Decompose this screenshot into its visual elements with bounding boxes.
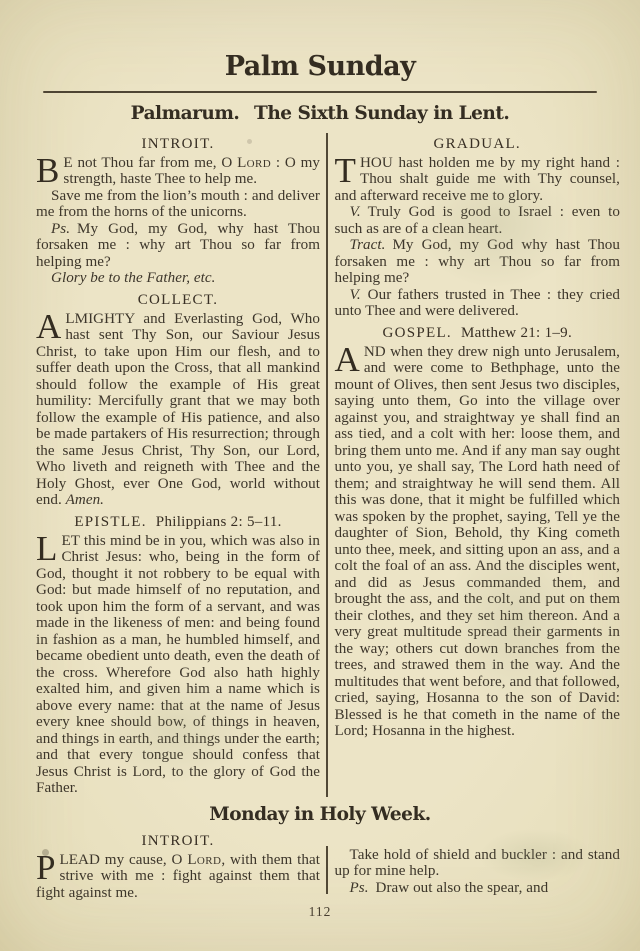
text-segment: ND when they drew nigh unto Jerusalem, a… (335, 344, 621, 740)
footer-left-column: INTROIT.PLEAD my cause, O Lord, with the… (36, 828, 320, 902)
drop-cap: B (36, 155, 63, 184)
scripture-reference: Philippians 2: 5–11. (156, 514, 282, 530)
paragraph: V.Our fathers trusted in Thee : they cri… (335, 287, 621, 320)
section-heading-label: INTROIT. (141, 833, 214, 849)
section-heading-label: GRADUAL. (434, 136, 521, 152)
paragraph: Tract.My God, my God why hast Thou forsa… (335, 237, 621, 287)
text-segment: Ps. (51, 221, 70, 237)
paragraph: V.Truly God is good to Israel : even to … (335, 204, 621, 237)
text-segment: Our fathers trusted in Thee : they cried… (335, 287, 621, 320)
page-title: Palm Sunday (0, 0, 640, 82)
footer-columns: INTROIT.PLEAD my cause, O Lord, with the… (36, 828, 620, 902)
section-heading: INTROIT. (36, 833, 320, 850)
section-heading: GRADUAL. (335, 136, 621, 153)
drop-cap: P (36, 852, 60, 881)
text-segment: ET this mind be in you, which was also i… (36, 533, 320, 797)
paragraph: Glory be to the Father, etc. (36, 270, 320, 287)
page-number: 112 (0, 904, 640, 920)
section-heading-label: GOSPEL. (382, 325, 452, 341)
paragraph: Save me from the lion’s mouth : and deli… (36, 188, 320, 221)
text-segment: V. (350, 287, 361, 303)
text-segment: LEAD my cause, O (60, 852, 188, 868)
section-heading: INTROIT. (36, 136, 320, 153)
book-page: Palm Sunday Palmarum. The Sixth Sunday i… (0, 0, 640, 951)
text-segment: Ps. (350, 880, 369, 896)
text-segment: My God, my God, why hast Thou forsaken m… (36, 221, 320, 270)
section-heading-label: COLLECT. (138, 292, 219, 308)
paragraph: BE not Thou far from me, O Lord : O my s… (36, 155, 320, 188)
section-heading: EPISTLE.Philippians 2: 5–11. (36, 514, 320, 531)
text-segment: LMIGHTY and Everlasting God, Who hast se… (36, 311, 320, 509)
paragraph: Ps.Draw out also the spear, and (335, 880, 621, 897)
paragraph: LET this mind be in you, which was also … (36, 533, 320, 797)
text-segment: Save me from the lion’s mouth : and deli… (36, 188, 320, 221)
paragraph: Take hold of shield and buckler : and st… (335, 847, 621, 880)
drop-cap: A (36, 311, 65, 340)
scripture-reference: Matthew 21: 1–9. (461, 325, 572, 341)
drop-cap: T (335, 155, 360, 184)
paragraph: Ps.My God, my God, why hast Thou forsake… (36, 221, 320, 271)
footer-column-divider (326, 846, 328, 894)
day-subtitle: Palmarum. The Sixth Sunday in Lent. (0, 103, 640, 125)
drop-cap: L (36, 533, 61, 562)
left-column: INTROIT.BE not Thou far from me, O Lord … (36, 131, 320, 797)
text-segment: Lord (237, 155, 271, 171)
text-segment: Glory be to the Father, etc. (51, 270, 215, 286)
text-segment: Amen. (66, 492, 104, 508)
section-heading-label: INTROIT. (141, 136, 214, 152)
next-day-heading: Monday in Holy Week. (0, 804, 640, 826)
text-segment: V. (350, 204, 361, 220)
section-heading: COLLECT. (36, 292, 320, 309)
text-segment: Truly God is good to Israel : even to su… (335, 204, 621, 237)
title-rule (43, 91, 597, 93)
drop-cap: A (335, 344, 364, 373)
text-segment: Draw out also the spear, and (376, 880, 549, 896)
paragraph: ALMIGHTY and Everlasting God, Who hast s… (36, 311, 320, 509)
column-divider (326, 133, 328, 797)
next-day-section: Monday in Holy Week. INTROIT.PLEAD my ca… (0, 804, 640, 902)
paragraph: PLEAD my cause, O Lord, with them that s… (36, 852, 320, 902)
section-heading: GOSPEL.Matthew 21: 1–9. (335, 325, 621, 342)
right-column: GRADUAL.THOU hast holden me by my right … (335, 131, 621, 797)
paragraph: AND when they drew nigh unto Jerusalem, … (335, 344, 621, 740)
text-segment: HOU hast holden me by my right hand : Th… (335, 155, 621, 204)
footer-right-column: Take hold of shield and buckler : and st… (335, 828, 621, 902)
paragraph: THOU hast holden me by my right hand : T… (335, 155, 621, 205)
text-segment: Take hold of shield and buckler : and st… (335, 847, 621, 880)
section-heading-label: EPISTLE. (74, 514, 146, 530)
text-segment: Lord (187, 852, 221, 868)
text-segment: E not Thou far from me, O (63, 155, 237, 171)
text-segment: Tract. (350, 237, 386, 253)
main-columns: INTROIT.BE not Thou far from me, O Lord … (36, 131, 620, 797)
